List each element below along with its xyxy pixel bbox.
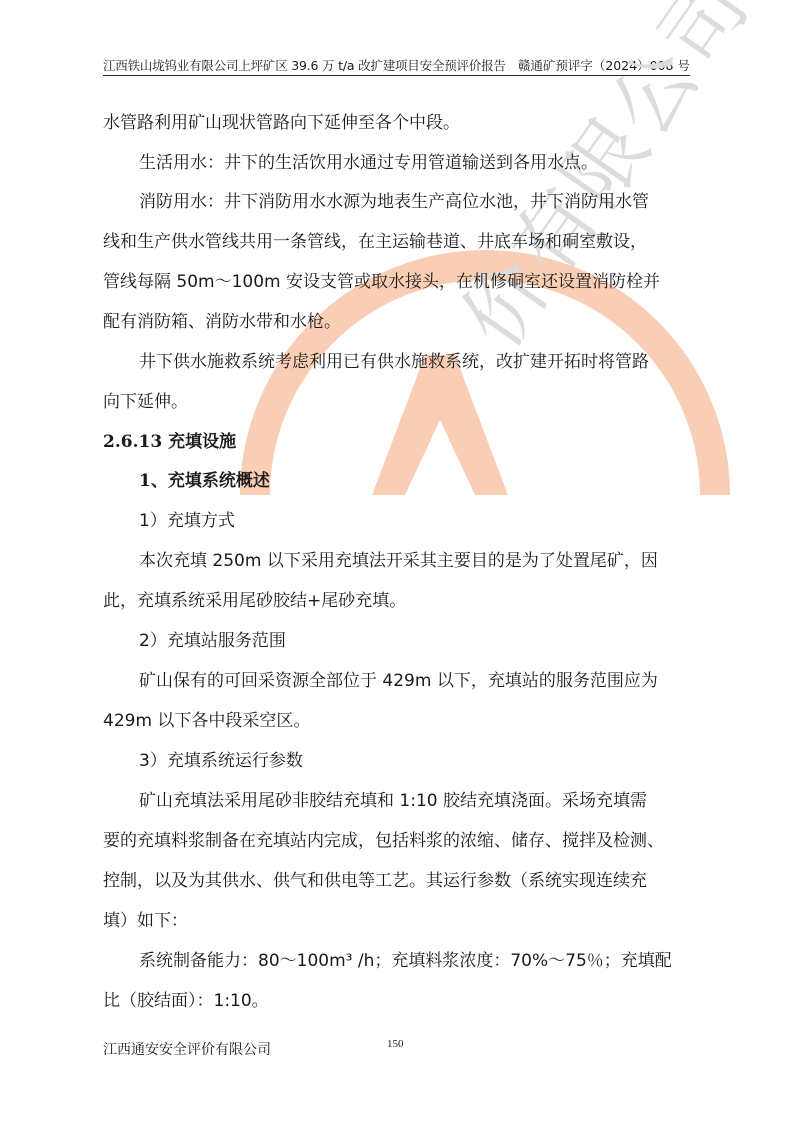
section-heading: 2.6.13 充填设施 [103, 431, 236, 453]
paragraph-line: 消防用水：井下消防用水水源为地表生产高位水池，井下消防用水管 [139, 191, 649, 213]
paragraph-line: 井下供水施救系统考虑利用已有供水施救系统，改扩建开拓时将管路 [139, 351, 649, 373]
paragraph-line: 生活用水：井下的生活饮用水通过专用管道输送到各用水点。 [139, 152, 598, 174]
paragraph-line: 向下延伸。 [103, 391, 188, 413]
paragraph-line: 管线每隔 50m～100m 安设支管或取水接头，在机修硐室还设置消防栓并 [103, 271, 660, 293]
paragraph-line: 填）如下： [103, 910, 188, 932]
report-title: 江西铁山垅钨业有限公司上坪矿区 39.6 万 t/a 改扩建项目安全预评价报告 [103, 56, 506, 74]
footer-company: 江西通安安全评价有限公司 [103, 1039, 271, 1059]
page-number: 150 [387, 1038, 404, 1050]
paragraph-line: 要的充填料浆制备在充填站内完成，包括料浆的浓缩、储存、搅拌及检测、 [103, 830, 664, 852]
item-heading: 2）充填站服务范围 [139, 630, 286, 652]
paragraph-line: 本次充填 250m 以下采用充填法开采其主要目的是为了处置尾矿，因 [139, 550, 658, 572]
paragraph-line: 比（胶结面）：1:10。 [103, 990, 269, 1012]
page-header: 江西铁山垅钨业有限公司上坪矿区 39.6 万 t/a 改扩建项目安全预评价报告 … [103, 53, 690, 76]
paragraph-line: 配有消防箱、消防水带和水枪。 [103, 311, 341, 333]
paragraph-line: 此，充填系统采用尾砂胶结+尾砂充填。 [103, 590, 406, 612]
item-heading: 3）充填系统运行参数 [139, 750, 303, 772]
paragraph-line: 429m 以下各中段采空区。 [103, 710, 310, 732]
paragraph-line: 矿山充填法采用尾砂非胶结充填和 1:10 胶结充填浇面。采场充填需 [139, 790, 647, 812]
paragraph-line: 控制，以及为其供水、供气和供电等工艺。其运行参数（系统实现连续充 [103, 870, 647, 892]
item-heading: 1）充填方式 [139, 510, 235, 532]
paragraph-line: 矿山保有的可回采资源全部位于 429m 以下，充填站的服务范围应为 [139, 670, 658, 692]
paragraph-line: 系统制备能力：80～100m³ /h；充填料浆浓度：70%～75％；充填配 [139, 950, 672, 972]
document-number: 赣通矿预评字（2024）008 号 [518, 56, 690, 74]
paragraph-line: 水管路利用矿山现状管路向下延伸至各个中段。 [103, 112, 460, 134]
subsection-heading: 1、充填系统概述 [139, 470, 270, 492]
paragraph-line: 线和生产供水管线共用一条管线，在主运输巷道、井底车场和硐室敷设， [103, 231, 647, 253]
